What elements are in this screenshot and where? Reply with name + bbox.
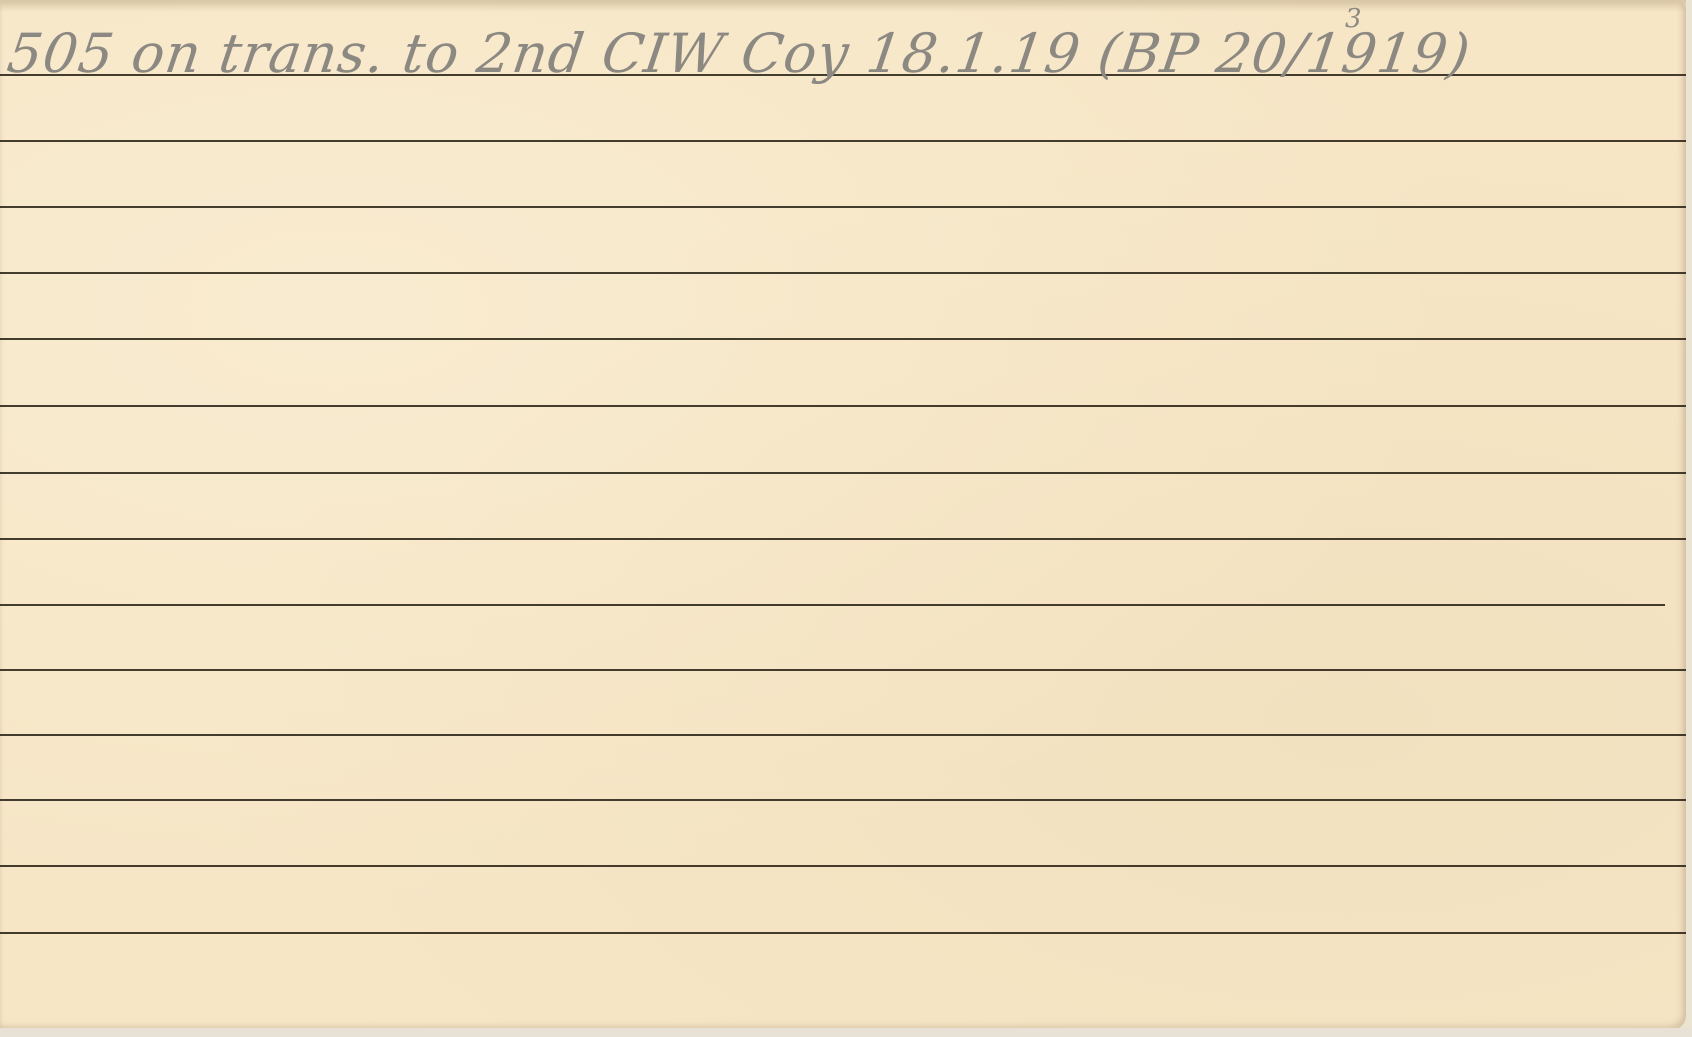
card-top-edge xyxy=(0,0,1686,12)
ruled-line xyxy=(0,538,1686,540)
index-card: 505 on trans. to 2nd CIW Coy 18.1.19 (BP… xyxy=(0,0,1686,1030)
ruled-line xyxy=(0,669,1686,671)
ruled-line xyxy=(0,472,1686,474)
ruled-line xyxy=(0,405,1686,407)
ruled-line xyxy=(0,734,1686,736)
card-bottom-edge xyxy=(0,1028,1692,1037)
ruled-line xyxy=(0,338,1686,340)
ruled-line xyxy=(0,799,1686,801)
ruled-line xyxy=(0,932,1686,934)
ruled-line xyxy=(0,140,1686,142)
ruled-line xyxy=(0,604,1665,606)
handwritten-entry: 505 on trans. to 2nd CIW Coy 18.1.19 (BP… xyxy=(4,22,1475,85)
ruled-line xyxy=(0,206,1686,208)
ruled-line xyxy=(0,865,1686,867)
handwritten-superscript: 3 xyxy=(1345,4,1362,34)
ruled-line xyxy=(0,272,1686,274)
